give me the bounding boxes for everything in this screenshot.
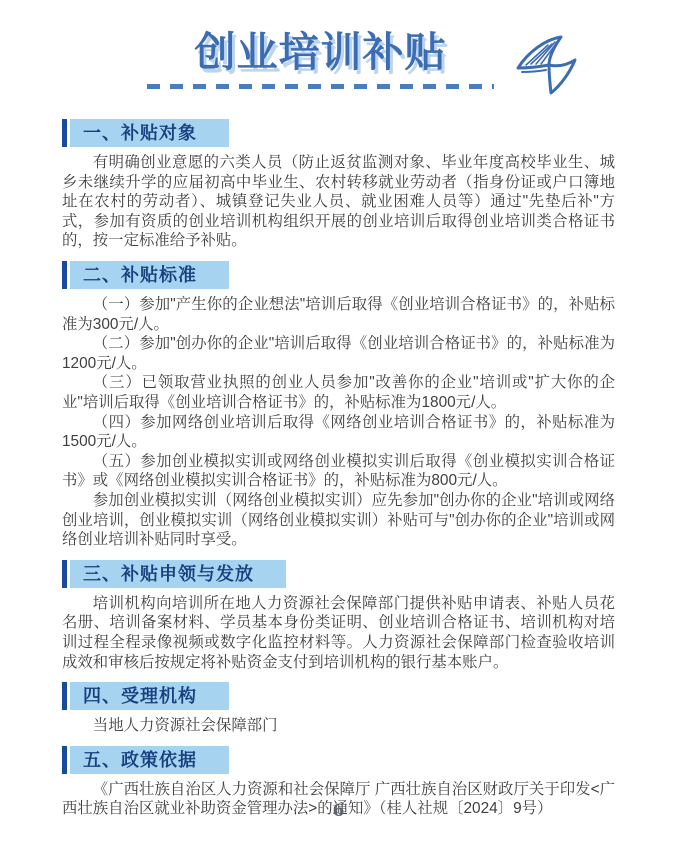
paper-plane-icon — [508, 32, 590, 98]
section-subsidy-standard: 二、补贴标准 （一）参加"产生你的企业想法"培训后取得《创业培训合格证书》的，补… — [62, 261, 615, 550]
section-heading: 三、补贴申领与发放 — [70, 560, 286, 588]
section-subsidy-target: 一、补贴对象 有明确创业意愿的六类人员（防止返贫监测对象、毕业年度高校毕业生、城… — [62, 119, 615, 251]
title-underline — [147, 84, 494, 89]
section-heading: 一、补贴对象 — [70, 119, 229, 147]
section-paragraph: （五）参加创业模拟实训或网络创业模拟实训后取得《创业模拟实训合格证书》或《网络创… — [62, 452, 615, 491]
document-page: 创业培训补贴 一、补贴对象 — [0, 0, 677, 857]
section-paragraph: 有明确创业意愿的六类人员（防止返贫监测对象、毕业年度高校毕业生、城乡未继续升学的… — [62, 153, 615, 251]
section-paragraph: 培训机构向培训所在地人力资源社会保障部门提供补贴申请表、补贴人员花名册、培训备案… — [62, 594, 615, 672]
section-accepting-agency: 四、受理机构 当地人力资源社会保障部门 — [62, 682, 615, 736]
section-paragraph: 当地人力资源社会保障部门 — [62, 716, 615, 736]
section-heading: 四、受理机构 — [70, 682, 229, 710]
section-paragraph: 参加创业模拟实训（网络创业模拟实训）应先参加"创办你的企业"培训或网络创业培训，… — [62, 491, 615, 550]
section-paragraph: （三）已领取营业执照的创业人员参加"改善你的企业"培训或"扩大你的企业"培训后取… — [62, 373, 615, 412]
section-paragraph: （一）参加"产生你的企业想法"培训后取得《创业培训合格证书》的，补贴标准为300… — [62, 295, 615, 334]
section-paragraph: （二）参加"创办你的企业"培训后取得《创业培训合格证书》的，补贴标准为1200元… — [62, 334, 615, 373]
page-title-block: 创业培训补贴 — [147, 30, 494, 89]
section-application-disbursement: 三、补贴申领与发放 培训机构向培训所在地人力资源社会保障部门提供补贴申请表、补贴… — [62, 560, 615, 672]
section-heading: 二、补贴标准 — [70, 261, 229, 289]
page-number: 6 — [0, 801, 677, 821]
page-title: 创业培训补贴 — [195, 30, 447, 75]
section-paragraph: （四）参加网络创业培训后取得《网络创业培训合格证书》的，补贴标准为1500元/人… — [62, 413, 615, 452]
section-heading: 五、政策依据 — [70, 746, 229, 774]
